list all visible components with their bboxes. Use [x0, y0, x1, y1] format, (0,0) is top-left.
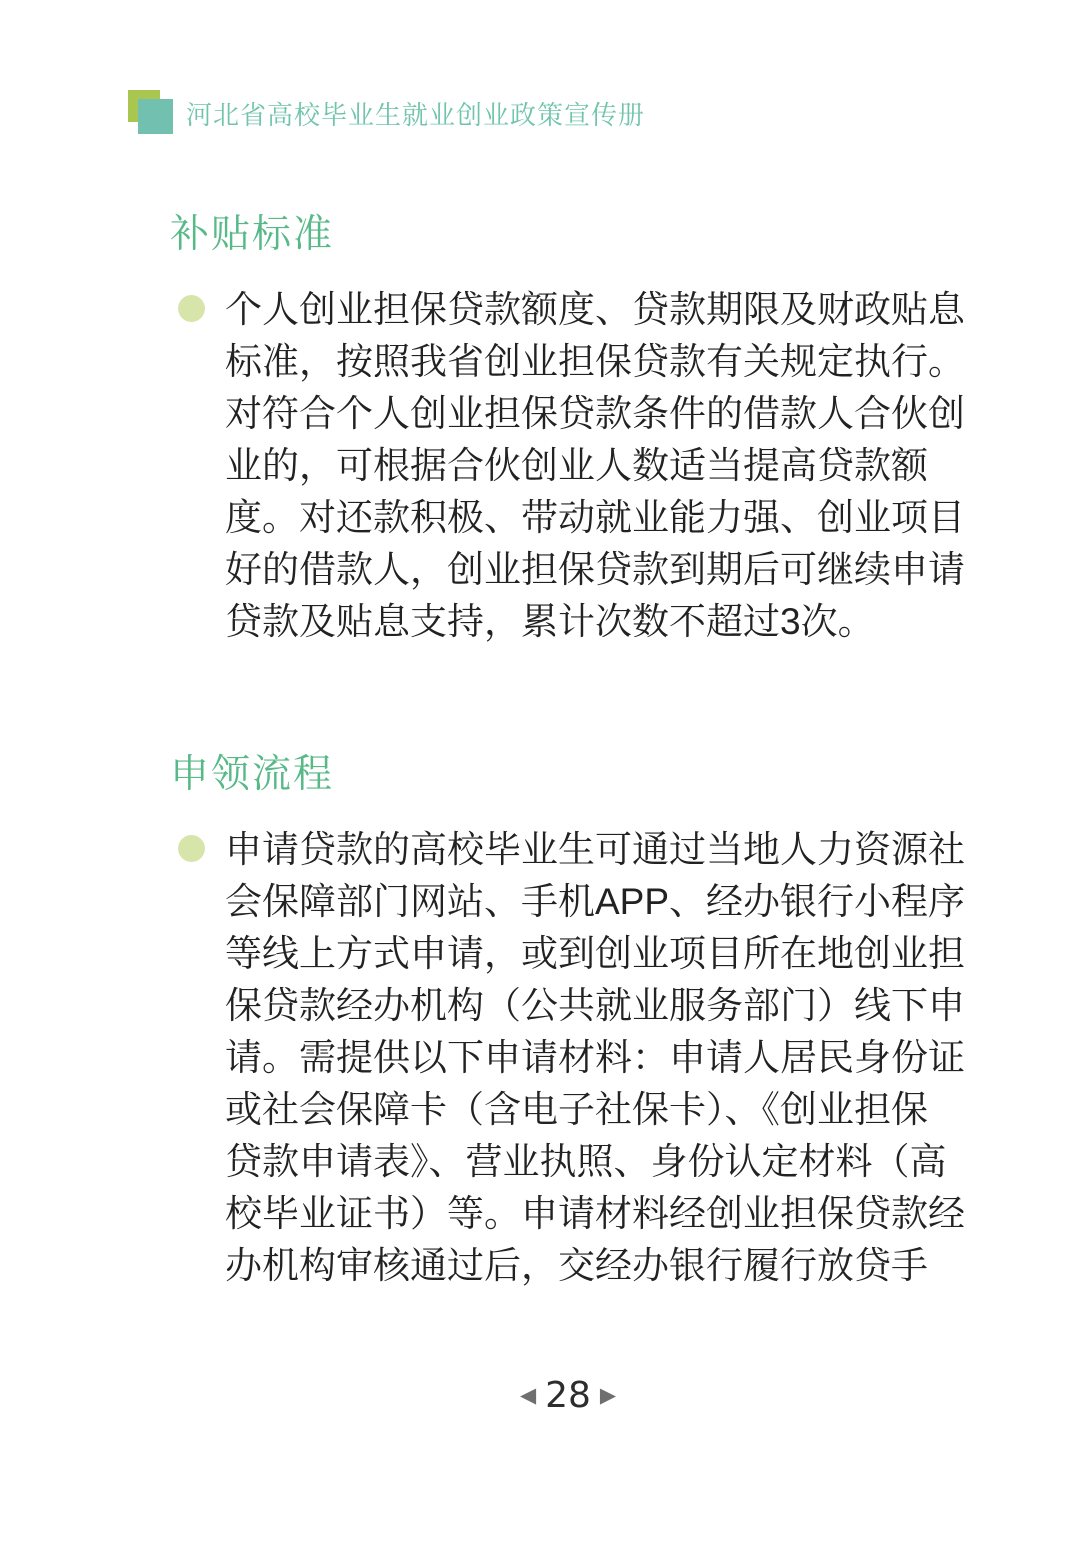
logo-square-teal: [138, 99, 173, 134]
next-page-icon[interactable]: ▶: [600, 1385, 616, 1406]
paragraph-line: 贷款及贴息支持，累计次数不超过3次。: [225, 596, 990, 648]
paragraph-line: 标准，按照我省创业担保贷款有关规定执行。: [225, 336, 990, 388]
paragraph-line: 对符合个人创业担保贷款条件的借款人合伙创: [225, 388, 990, 440]
section-heading: 申领流程: [170, 752, 990, 798]
paragraph-line: 校毕业证书）等。申请材料经创业担保贷款经: [225, 1188, 990, 1240]
section-paragraph: 申请贷款的高校毕业生可通过当地人力资源社会保障部门网站、手机APP、经办银行小程…: [170, 824, 990, 1292]
prev-page-icon[interactable]: ◀: [520, 1385, 536, 1406]
paragraph-line: 请。需提供以下申请材料：申请人居民身份证: [225, 1032, 990, 1084]
paragraph-line: 会保障部门网站、手机APP、经办银行小程序: [225, 876, 990, 928]
page-footer: ◀ 28 ▶: [28, 1374, 1080, 1417]
section-subsidy-standard: 补贴标准 个人创业担保贷款额度、贷款期限及财政贴息标准，按照我省创业担保贷款有关…: [170, 212, 990, 648]
section-application-process: 申领流程 申请贷款的高校毕业生可通过当地人力资源社会保障部门网站、手机APP、经…: [170, 752, 990, 1292]
paragraph-line: 等线上方式申请，或到创业项目所在地创业担: [225, 928, 990, 980]
bullet-icon: [178, 835, 205, 862]
paragraph-line: 贷款申请表》、营业执照、身份认定材料（高: [225, 1136, 990, 1188]
page-header: 河北省高校毕业生就业创业政策宣传册: [128, 90, 645, 136]
paragraph-line: 或社会保障卡（含电子社保卡）、《创业担保: [225, 1084, 990, 1136]
paragraph-line: 个人创业担保贷款额度、贷款期限及财政贴息: [225, 284, 990, 336]
section-heading: 补贴标准: [170, 212, 990, 258]
paragraph-line: 保贷款经办机构（公共就业服务部门）线下申: [225, 980, 990, 1032]
paragraph-line: 办机构审核通过后，交经办银行履行放贷手: [225, 1240, 990, 1292]
paragraph-line: 度。对还款积极、带动就业能力强、创业项目: [225, 492, 990, 544]
brochure-title: 河北省高校毕业生就业创业政策宣传册: [186, 95, 645, 132]
paragraph-line: 申请贷款的高校毕业生可通过当地人力资源社: [225, 824, 990, 876]
bullet-icon: [178, 295, 205, 322]
page-number: 28: [545, 1374, 591, 1417]
section-paragraph: 个人创业担保贷款额度、贷款期限及财政贴息标准，按照我省创业担保贷款有关规定执行。…: [170, 284, 990, 648]
page: 河北省高校毕业生就业创业政策宣传册 补贴标准 个人创业担保贷款额度、贷款期限及财…: [0, 0, 1080, 1546]
paragraph-text: 个人创业担保贷款额度、贷款期限及财政贴息标准，按照我省创业担保贷款有关规定执行。…: [225, 284, 990, 648]
paragraph-line: 业的，可根据合伙创业人数适当提高贷款额: [225, 440, 990, 492]
paragraph-line: 好的借款人，创业担保贷款到期后可继续申请: [225, 544, 990, 596]
brochure-logo-icon: [128, 90, 174, 136]
paragraph-text: 申请贷款的高校毕业生可通过当地人力资源社会保障部门网站、手机APP、经办银行小程…: [225, 824, 990, 1292]
